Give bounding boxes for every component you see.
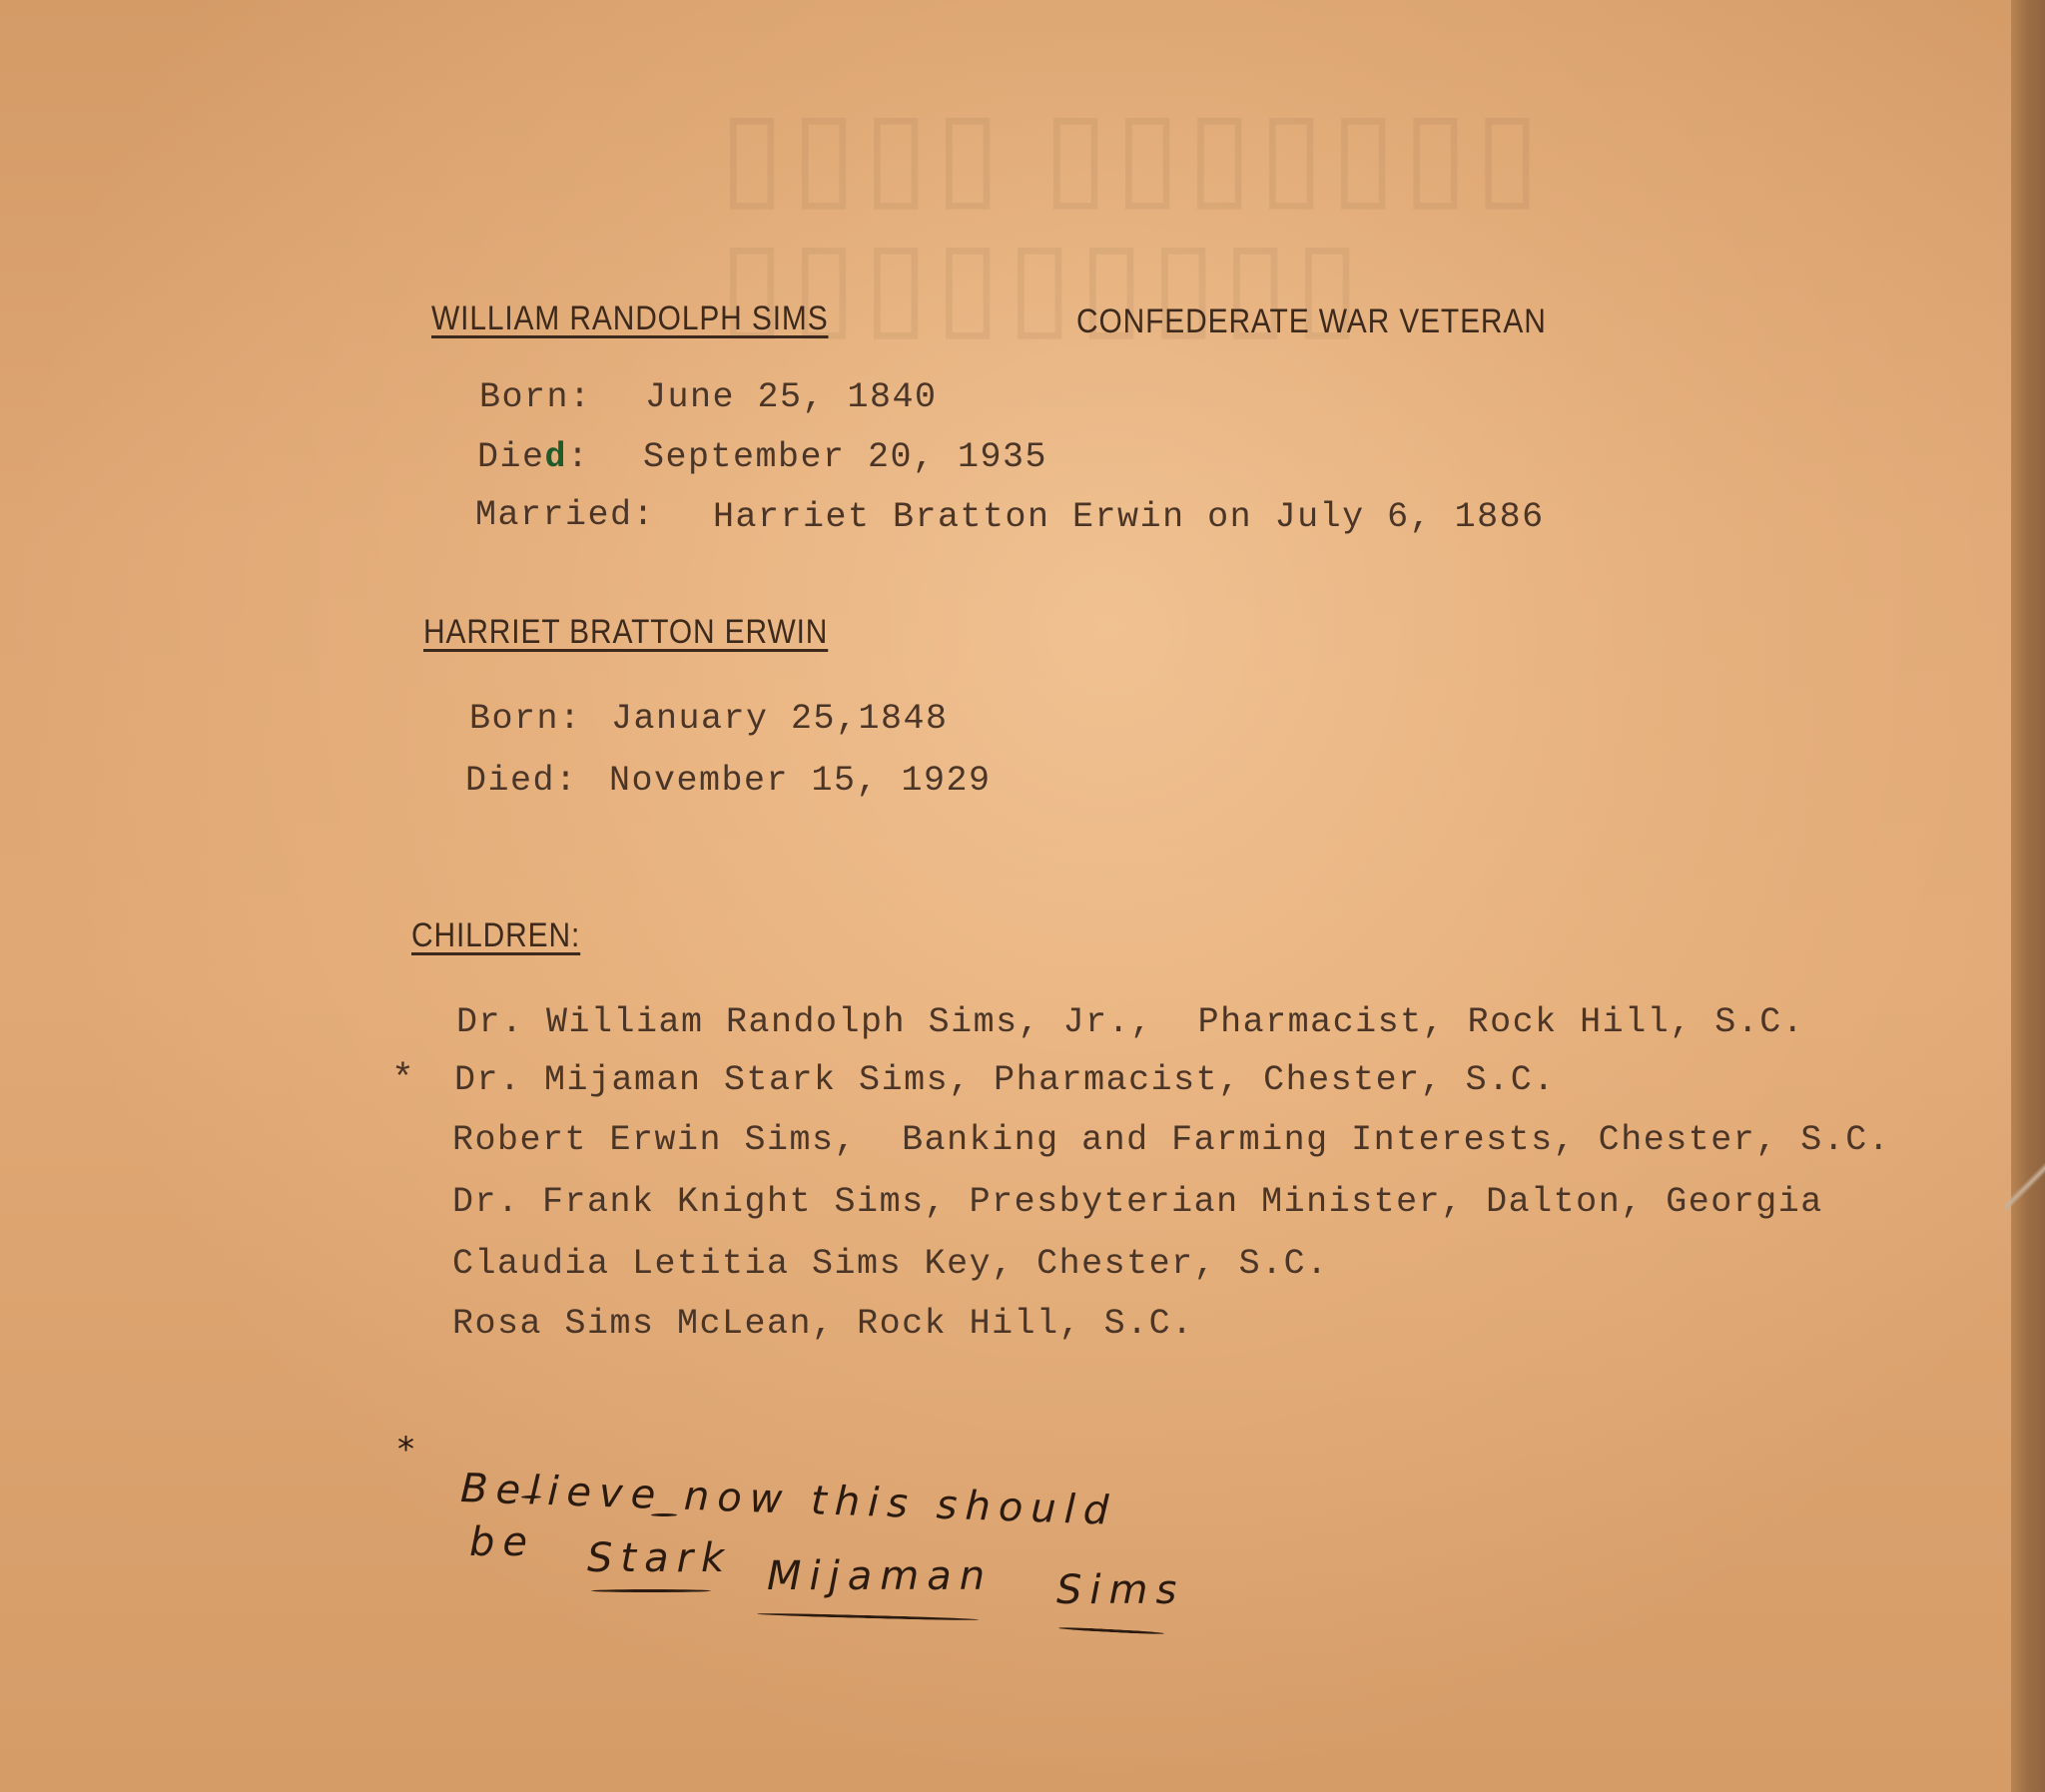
handwritten-underline-stark xyxy=(591,1589,711,1592)
child-name: Dr. Frank Knight Sims, xyxy=(452,1182,947,1222)
person1-name: WILLIAM RANDOLPH SIMS xyxy=(431,299,829,338)
person1-born-value: June 25, 1840 xyxy=(645,377,938,417)
person2-born-value: January 25,1848 xyxy=(611,699,949,739)
person1-born-label: Born: xyxy=(479,377,592,417)
child-name: Claudia Letitia Sims Key, xyxy=(452,1244,1015,1284)
list-item: Rosa Sims McLean, Rock Hill, S.C. xyxy=(452,1304,1194,1344)
handwritten-underline-li xyxy=(521,1495,541,1498)
person1-title: CONFEDERATE WAR VETERAN xyxy=(1076,302,1547,341)
person1-married-label: Married: xyxy=(475,495,655,535)
child-detail: Rock Hill, S.C. xyxy=(857,1304,1194,1344)
person2-born-label: Born: xyxy=(469,699,582,739)
died-label-suffix: : xyxy=(567,437,590,477)
child-detail: Pharmacist, Chester, S.C. xyxy=(994,1060,1556,1100)
person1-married-value: Harriet Bratton Erwin on July 6, 1886 xyxy=(713,497,1545,537)
person2-name: HARRIET BRATTON ERWIN xyxy=(423,613,828,652)
list-item: Claudia Letitia Sims Key, Chester, S.C. xyxy=(452,1244,1329,1284)
person2-died-label: Died: xyxy=(465,761,578,801)
list-item: Robert Erwin Sims, Banking and Farming I… xyxy=(452,1120,1890,1160)
child-detail: Presbyterian Minister, Dalton, Georgia xyxy=(970,1182,1823,1222)
child-detail: Banking and Farming Interests, Chester, … xyxy=(902,1120,1890,1160)
handwritten-word-sims: Sims xyxy=(1056,1567,1184,1613)
child-name: Rosa Sims McLean, xyxy=(452,1304,835,1344)
children-heading: CHILDREN: xyxy=(411,916,580,955)
asterisk-marker: * xyxy=(391,1058,415,1101)
person1-died-value: September 20, 1935 xyxy=(643,437,1047,477)
list-item: Dr. Mijaman Stark Sims, Pharmacist, Ches… xyxy=(454,1060,1556,1100)
child-detail: Pharmacist, Rock Hill, S.C. xyxy=(1198,1002,1805,1042)
page-crease xyxy=(2005,1148,2045,1228)
list-item: Dr. William Randolph Sims, Jr., Pharmaci… xyxy=(456,1002,1804,1042)
person2-died-value: November 15, 1929 xyxy=(609,761,992,801)
page-fold-edge xyxy=(2011,0,2045,1792)
died-label-prefix: Die xyxy=(477,437,545,477)
child-name: Dr. William Randolph Sims, Jr., xyxy=(456,1002,1153,1042)
handwritten-be: be xyxy=(469,1519,535,1565)
handwritten-word-mijaman: Mijaman xyxy=(767,1553,993,1599)
handwritten-asterisk: * xyxy=(397,1430,422,1470)
person1-died-label: Died: xyxy=(477,437,590,477)
green-correction-mark: d xyxy=(545,437,568,477)
handwritten-word-stark: Stark xyxy=(587,1535,732,1581)
child-name: Robert Erwin Sims, xyxy=(452,1120,857,1160)
child-name: Dr. Mijaman Stark Sims, xyxy=(454,1060,972,1100)
handwritten-underline-no xyxy=(651,1513,677,1516)
list-item: Dr. Frank Knight Sims, Presbyterian Mini… xyxy=(452,1182,1823,1222)
child-detail: Chester, S.C. xyxy=(1036,1244,1329,1284)
